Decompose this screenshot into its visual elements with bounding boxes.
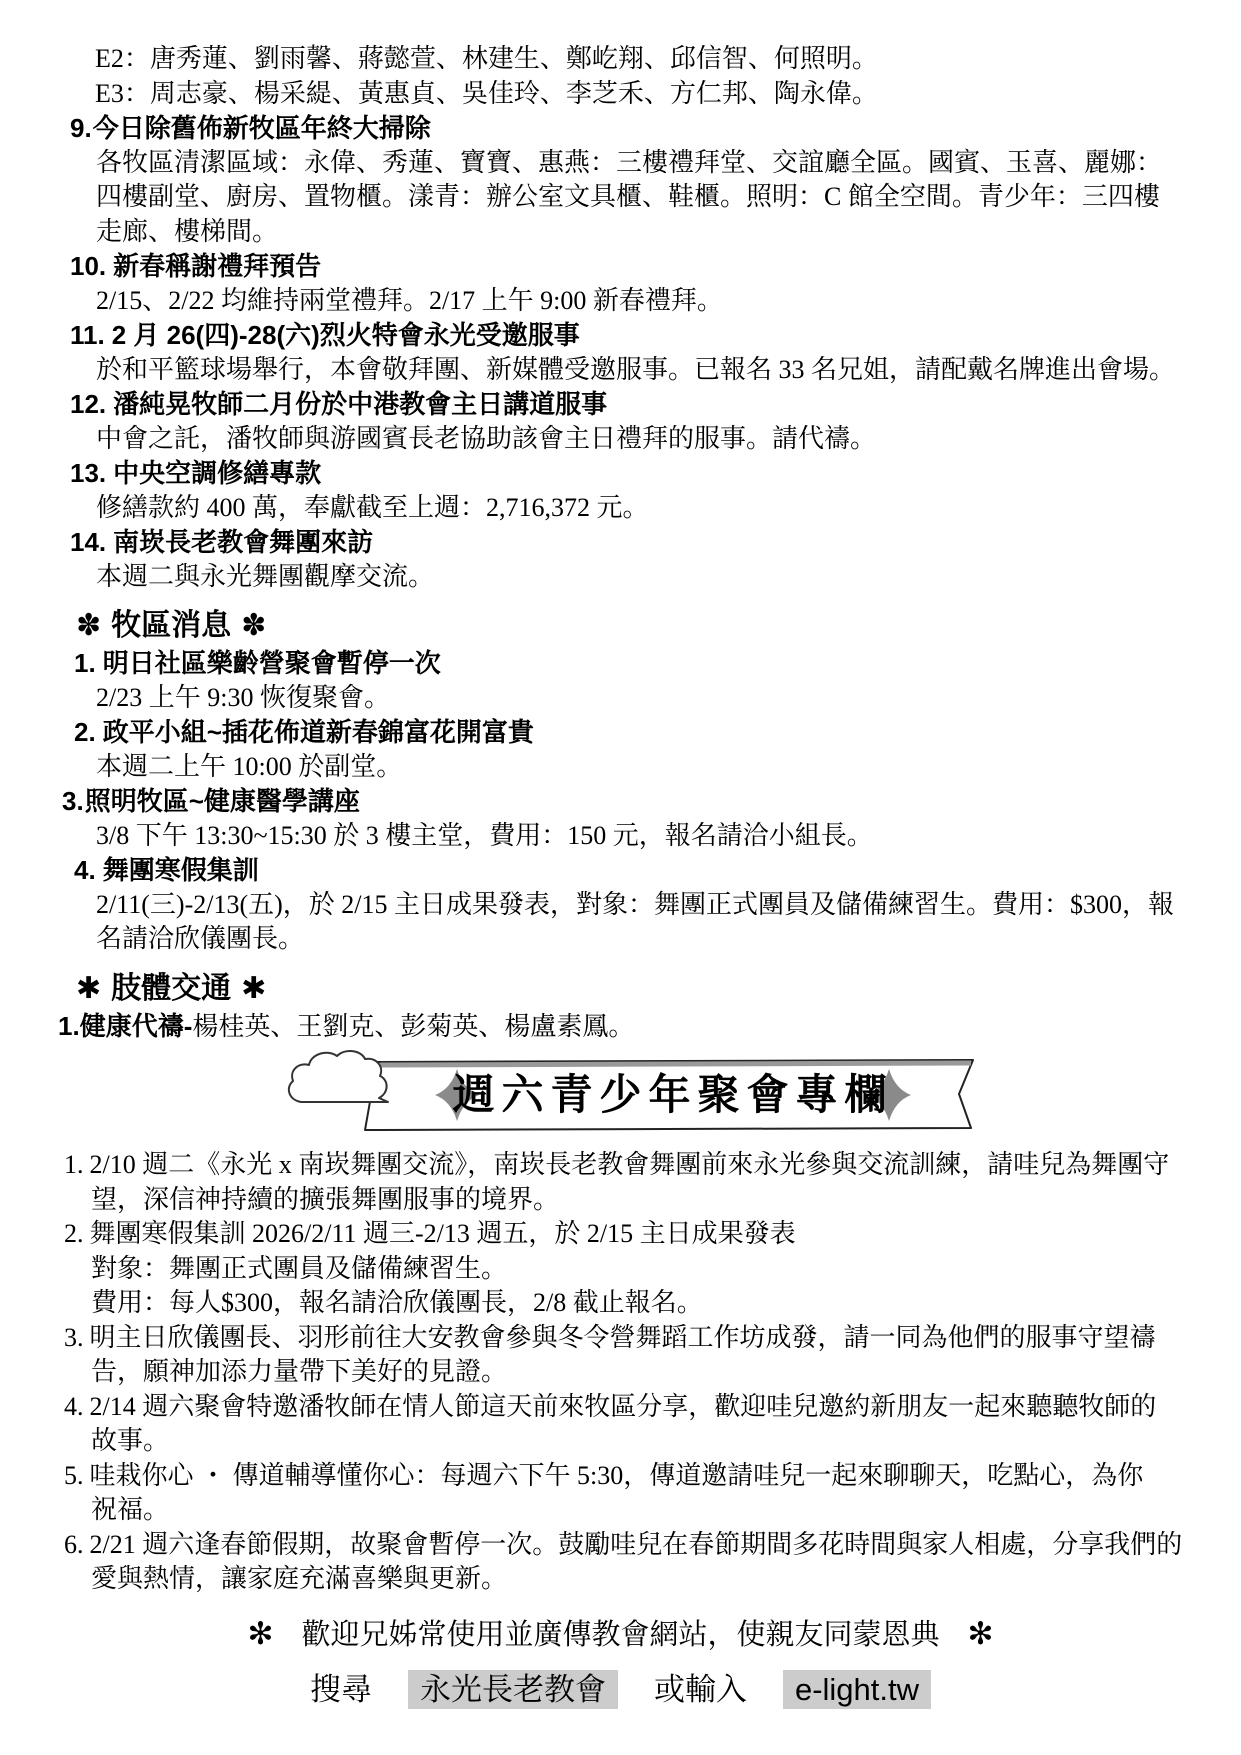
announcement-body-line: 四樓副堂、廚房、置物櫃。漾青：辦公室文具櫃、鞋櫃。照明：C 館全空間。青少年：三…: [96, 180, 1241, 215]
announcement-body-line: 於和平籃球場舉行，本會敬拜團、新媒體受邀服事。已報名 33 名兄姐，請配戴名牌進…: [96, 353, 1241, 388]
announcement-title: 9.今日除舊佈新牧區年終大掃除: [70, 111, 1241, 146]
announcement-title-text: 潘純晃牧師二月份於中港教會主日講道服事: [113, 389, 607, 419]
announcement-title: 13.中央空調修繕專款: [70, 456, 1241, 491]
search-term-highlight: 永光長老教會: [408, 1670, 618, 1709]
announcement-body-line: 各牧區清潔區域：永偉、秀蓮、寶寶、惠燕：三樓禮拜堂、交誼廳全區。國賓、玉喜、麗娜…: [96, 146, 1241, 181]
youth-item-line: 愛與熱情，讓家庭充滿喜樂與更新。: [91, 1562, 1241, 1597]
section-header-fellowship: ✱肢體交通✱: [76, 969, 1241, 1009]
youth-banner-graphic: 週六青少年聚會專欄: [285, 1046, 1005, 1144]
parish-item-title-text: 明日社區樂齡營聚會暫停一次: [103, 648, 441, 678]
item-number: 2.: [64, 1219, 84, 1248]
youth-item-2: 2.舞團寒假集訓 2026/2/11 週三-2/13 週五，於 2/15 主日成…: [0, 1217, 1241, 1321]
announcement-title: 11.2 月 26(四)-28(六)烈火特會永光受邀服事: [70, 318, 1241, 353]
item-number: 3.: [62, 786, 84, 816]
fellowship-item-label: 健康代禱-: [80, 1011, 193, 1041]
announcement-title-text: 今日除舊佈新牧區年終大掃除: [93, 113, 431, 143]
announcement-item-10: 10.新春稱謝禮拜預告 2/15、2/22 均維持兩堂禮拜。2/17 上午 9:…: [0, 249, 1241, 318]
item-number: 1.: [64, 1150, 84, 1179]
announcement-title: 14.南崁長老教會舞團來訪: [70, 525, 1241, 560]
announcement-body-line: 走廊、樓梯間。: [96, 215, 1241, 250]
cloud-icon: [289, 1051, 388, 1102]
parish-item-2: 2.政平小組~插花佈道新春錦富花開富貴 本週二上午 10:00 於副堂。: [0, 715, 1241, 784]
parish-item-title-text: 照明牧區~健康醫學講座: [85, 786, 360, 816]
announcement-item-11: 11.2 月 26(四)-28(六)烈火特會永光受邀服事 於和平籃球場舉行，本會…: [0, 318, 1241, 387]
item-number: 13.: [70, 458, 106, 488]
ribbon-top-band: [380, 1063, 971, 1065]
heavy-asterisk-icon: ✱: [241, 972, 266, 1005]
item-number: 1.: [74, 648, 96, 678]
fellowship-item-names: 楊桂英、王劉克、彭菊英、楊盧素鳳。: [192, 1012, 634, 1041]
item-number: 10.: [70, 251, 106, 281]
roster-line-e3: E3：周志豪、楊采緹、黃惠貞、吳佳玲、李芝禾、方仁邦、陶永偉。: [95, 77, 1241, 112]
parish-item-body-line: 名請洽欣儀團長。: [96, 922, 1241, 957]
asterisk-icon: ✻: [248, 1616, 274, 1651]
announcement-body-line: 本週二與永光舞團觀摩交流。: [96, 560, 1241, 595]
parish-item-title: 2.政平小組~插花佈道新春錦富花開富貴: [74, 715, 1241, 750]
section-title: 牧區消息: [111, 609, 231, 642]
youth-item-line: 4.2/14 週六聚會特邀潘牧師在情人節這天前來牧區分享，歡迎哇兒邀約新朋友一起…: [64, 1390, 1241, 1425]
youth-item-line: 5.哇栽你心 ・ 傳道輔導懂你心：每週六下午 5:30，傳道邀請哇兒一起來聊聊天…: [64, 1459, 1241, 1494]
search-label: 搜尋: [310, 1672, 372, 1707]
youth-item-text: 哇栽你心 ・ 傳道輔導懂你心：每週六下午 5:30，傳道邀請哇兒一起來聊聊天，吃…: [90, 1461, 1144, 1490]
announcement-body-line: 2/15、2/22 均維持兩堂禮拜。2/17 上午 9:00 新春禮拜。: [96, 284, 1241, 319]
youth-item-line: 對象：舞團正式團員及儲備練習生。: [91, 1252, 1241, 1287]
footer-search-line: 搜尋永光長老教會或輸入e-light.tw: [0, 1668, 1241, 1712]
parish-item-title: 1.明日社區樂齡營聚會暫停一次: [74, 646, 1241, 681]
parish-item-body-line: 本週二上午 10:00 於副堂。: [96, 750, 1241, 785]
item-number: 14.: [70, 527, 106, 557]
youth-item-6: 6.2/21 週六逢春節假期，故聚會暫停一次。鼓勵哇兒在春節期間多花時間與家人相…: [0, 1528, 1241, 1597]
section-title: 肢體交通: [111, 972, 231, 1005]
roster-line-e2: E2：唐秀蓮、劉雨馨、蔣懿萱、林建生、鄭屹翔、邱信智、何照明。: [95, 42, 1241, 77]
announcement-item-14: 14.南崁長老教會舞團來訪 本週二與永光舞團觀摩交流。: [0, 525, 1241, 594]
item-number: 9.: [70, 113, 92, 143]
announcement-title-text: 新春稱謝禮拜預告: [113, 251, 321, 281]
announcement-title-text: 中央空調修繕專款: [113, 458, 321, 488]
announcement-item-13: 13.中央空調修繕專款 修繕款約 400 萬，奉獻截至上週：2,716,372 …: [0, 456, 1241, 525]
youth-item-text: 2/14 週六聚會特邀潘牧師在情人節這天前來牧區分享，歡迎哇兒邀約新朋友一起來聽…: [90, 1392, 1157, 1421]
announcement-item-9: 9.今日除舊佈新牧區年終大掃除 各牧區清潔區域：永偉、秀蓮、寶寶、惠燕：三樓禮拜…: [0, 111, 1241, 249]
asterisk-icon: ✻: [968, 1616, 994, 1651]
item-number: 6.: [64, 1530, 84, 1559]
youth-item-text: 明主日欣儀團長、羽形前往大安教會參與冬令營舞蹈工作坊成發，請一同為他們的服事守望…: [90, 1323, 1156, 1352]
item-number: 11.: [70, 320, 105, 350]
announcement-title: 10.新春稱謝禮拜預告: [70, 249, 1241, 284]
parish-item-title: 4.舞團寒假集訓: [74, 853, 1241, 888]
parish-item-body-line: 2/11(三)-2/13(五)，於 2/15 主日成果發表，對象：舞團正式團員及…: [96, 888, 1241, 923]
youth-item-line: 2.舞團寒假集訓 2026/2/11 週三-2/13 週五，於 2/15 主日成…: [64, 1217, 1241, 1252]
section-header-parish-news: ✽牧區消息✽: [76, 606, 1241, 646]
banner-title: 週六青少年聚會專欄: [452, 1071, 893, 1119]
announcement-title: 12.潘純晃牧師二月份於中港教會主日講道服事: [70, 387, 1241, 422]
flower-asterisk-icon: ✽: [76, 609, 101, 642]
youth-banner: 週六青少年聚會專欄: [285, 1046, 1241, 1144]
footer-note: ✻歡迎兄姊常使用並廣傳教會網站，使親友同蒙恩典✻: [0, 1613, 1241, 1656]
heavy-asterisk-icon: ✱: [76, 972, 101, 1005]
youth-item-text: 舞團寒假集訓 2026/2/11 週三-2/13 週五，於 2/15 主日成果發…: [90, 1219, 796, 1248]
parish-item-3: 3.照明牧區~健康醫學講座 3/8 下午 13:30~15:30 於 3 樓主堂…: [0, 784, 1241, 853]
parish-item-4: 4.舞團寒假集訓 2/11(三)-2/13(五)，於 2/15 主日成果發表，對…: [0, 853, 1241, 957]
youth-item-text: 2/21 週六逢春節假期，故聚會暫停一次。鼓勵哇兒在春節期間多花時間與家人相處，…: [90, 1530, 1183, 1559]
youth-item-line: 望，深信神持續的擴張舞團服事的境界。: [91, 1183, 1241, 1218]
announcement-title-text: 2 月 26(四)-28(六)烈火特會永光受邀服事: [112, 320, 580, 350]
youth-item-3: 3.明主日欣儀團長、羽形前往大安教會參與冬令營舞蹈工作坊成發，請一同為他們的服事…: [0, 1321, 1241, 1390]
announcement-body-line: 修繕款約 400 萬，奉獻截至上週：2,716,372 元。: [96, 491, 1241, 526]
youth-item-1: 1.2/10 週二《永光 x 南崁舞團交流》，南崁長老教會舞團前來永光參與交流訓…: [0, 1148, 1241, 1217]
parish-item-body-line: 3/8 下午 13:30~15:30 於 3 樓主堂，費用：150 元，報名請洽…: [96, 819, 1241, 854]
bulletin-page: E2：唐秀蓮、劉雨馨、蔣懿萱、林建生、鄭屹翔、邱信智、何照明。 E3：周志豪、楊…: [0, 0, 1241, 1755]
youth-item-text: 2/10 週二《永光 x 南崁舞團交流》，南崁長老教會舞團前來永光參與交流訓練，…: [90, 1150, 1170, 1179]
youth-item-line: 3.明主日欣儀團長、羽形前往大安教會參與冬令營舞蹈工作坊成發，請一同為他們的服事…: [64, 1321, 1241, 1356]
youth-item-5: 5.哇栽你心 ・ 傳道輔導懂你心：每週六下午 5:30，傳道邀請哇兒一起來聊聊天…: [0, 1459, 1241, 1528]
announcement-item-12: 12.潘純晃牧師二月份於中港教會主日講道服事 中會之託，潘牧師與游國賓長老協助該…: [0, 387, 1241, 456]
youth-item-line: 費用：每人$300，報名請洽欣儀團長，2/8 截止報名。: [91, 1286, 1241, 1321]
or-input-label: 或輸入: [654, 1672, 747, 1707]
announcement-body-line: 中會之託，潘牧師與游國賓長老協助該會主日禮拜的服事。請代禱。: [96, 422, 1241, 457]
youth-item-line: 6.2/21 週六逢春節假期，故聚會暫停一次。鼓勵哇兒在春節期間多花時間與家人相…: [64, 1528, 1241, 1563]
item-number: 5.: [64, 1461, 84, 1490]
item-number: 2.: [74, 717, 96, 747]
item-number: 4.: [74, 855, 96, 885]
youth-item-4: 4.2/14 週六聚會特邀潘牧師在情人節這天前來牧區分享，歡迎哇兒邀約新朋友一起…: [0, 1390, 1241, 1459]
youth-item-line: 告，願神加添力量帶下美好的見證。: [91, 1355, 1241, 1390]
parish-item-body-line: 2/23 上午 9:30 恢復聚會。: [96, 681, 1241, 716]
parish-item-1: 1.明日社區樂齡營聚會暫停一次 2/23 上午 9:30 恢復聚會。: [0, 646, 1241, 715]
item-number: 3.: [64, 1323, 84, 1352]
footer-note-text: 歡迎兄姊常使用並廣傳教會網站，使親友同蒙恩典: [301, 1619, 939, 1651]
fellowship-item: 1.健康代禱-楊桂英、王劉克、彭菊英、楊盧素鳳。: [58, 1009, 1241, 1045]
youth-item-line: 祝福。: [91, 1493, 1241, 1528]
youth-item-line: 1.2/10 週二《永光 x 南崁舞團交流》，南崁長老教會舞團前來永光參與交流訓…: [64, 1148, 1241, 1183]
url-highlight: e-light.tw: [783, 1670, 931, 1709]
parish-item-title-text: 舞團寒假集訓: [103, 855, 259, 885]
flower-asterisk-icon: ✽: [241, 609, 266, 642]
item-number: 4.: [64, 1392, 84, 1421]
parish-item-title: 3.照明牧區~健康醫學講座: [62, 784, 1241, 819]
item-number: 12.: [70, 389, 106, 419]
item-number: 1.: [58, 1011, 80, 1041]
parish-item-title-text: 政平小組~插花佈道新春錦富花開富貴: [103, 717, 534, 747]
announcement-title-text: 南崁長老教會舞團來訪: [113, 527, 373, 557]
youth-item-line: 故事。: [91, 1424, 1241, 1459]
